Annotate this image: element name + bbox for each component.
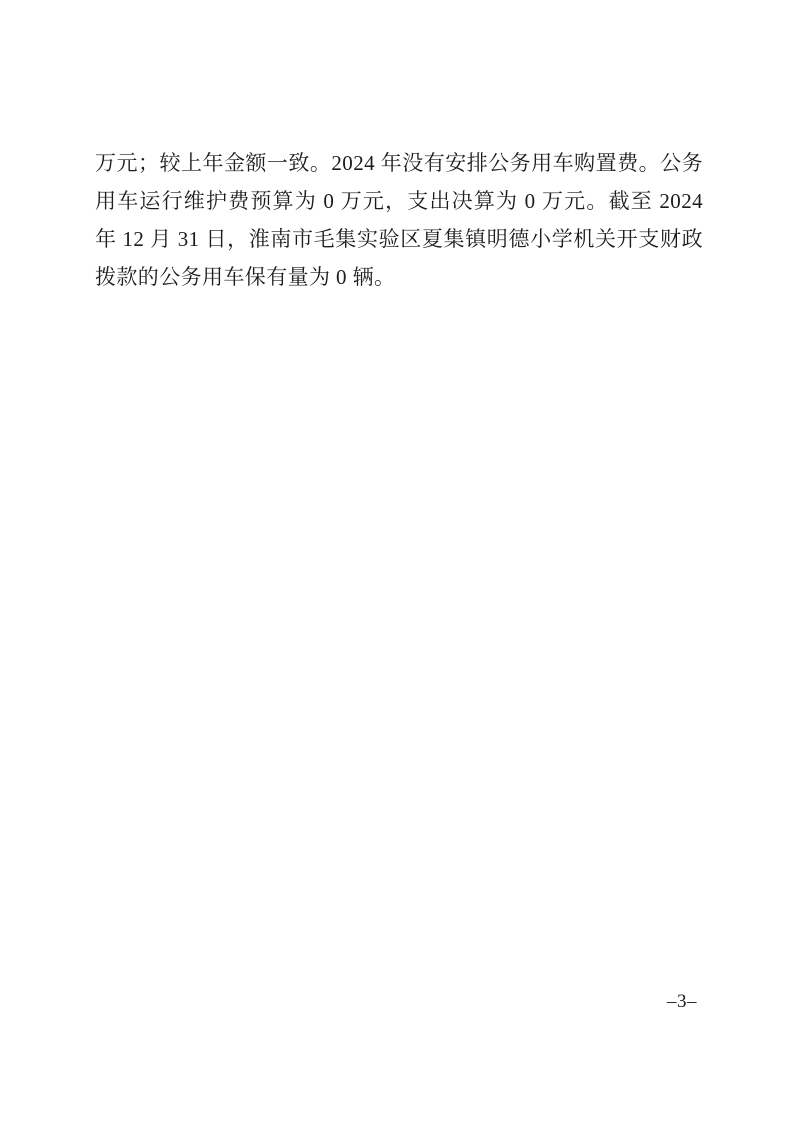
paragraph-line: 年 12 月 31 日，淮南市毛集实验区夏集镇明德小学机关开支财政 [95, 220, 703, 258]
paragraph-line: 拨款的公务用车保有量为 0 辆。 [95, 258, 703, 296]
page-number: –3– [667, 991, 697, 1013]
document-page: 万元；较上年金额一致。2024 年没有安排公务用车购置费。公务 用车运行维护费预… [0, 0, 793, 1122]
paragraph-line: 用车运行维护费预算为 0 万元，支出决算为 0 万元。截至 2024 [95, 182, 703, 220]
body-paragraph: 万元；较上年金额一致。2024 年没有安排公务用车购置费。公务 用车运行维护费预… [95, 144, 703, 296]
paragraph-line: 万元；较上年金额一致。2024 年没有安排公务用车购置费。公务 [95, 144, 703, 182]
